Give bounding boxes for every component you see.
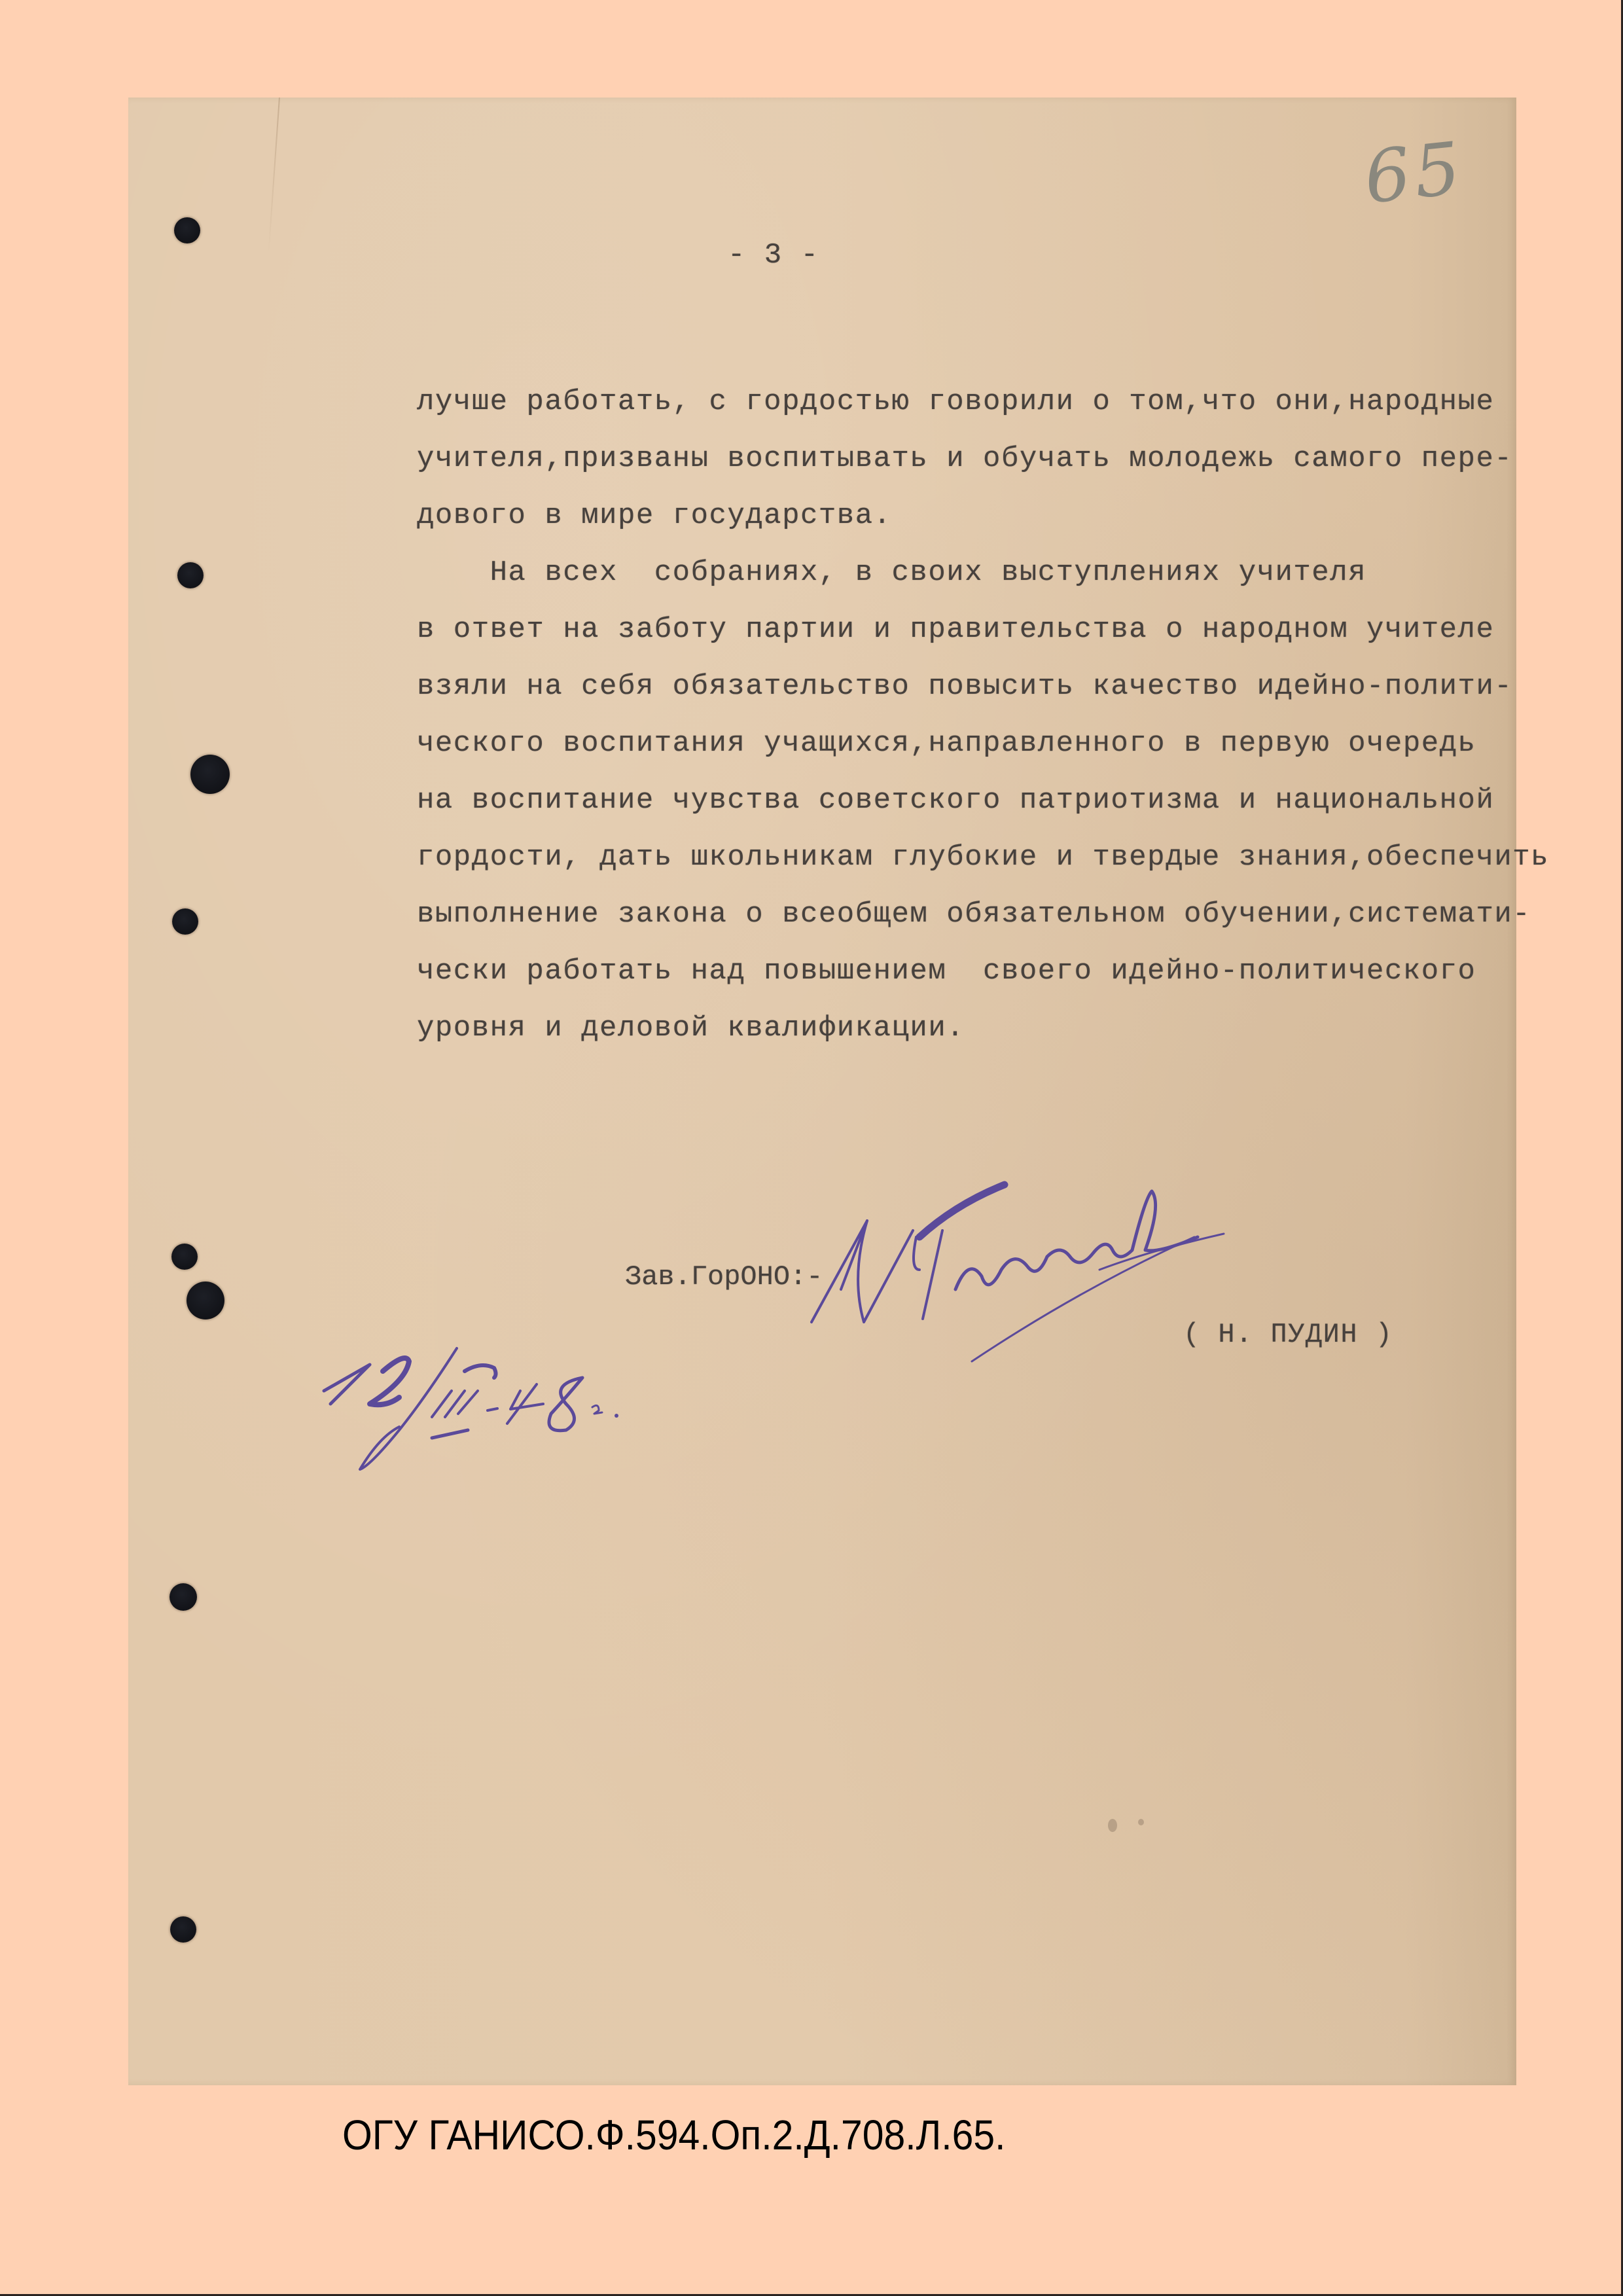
body-line: чески работать над повышением своего иде… <box>417 957 1476 986</box>
paper-speck <box>1108 1819 1117 1832</box>
body-line: дового в мире государства. <box>417 501 892 530</box>
binder-hole-icon <box>187 1282 224 1319</box>
paper-speck <box>1138 1819 1144 1825</box>
handwritten-date-icon <box>308 1325 648 1476</box>
archive-sheet-number: 65 <box>1361 126 1469 219</box>
body-line: лучше работать, с гордостью говорили о т… <box>417 387 1494 416</box>
body-line: в ответ на заботу партии и правительства… <box>417 615 1494 644</box>
body-line: гордости, дать школьникам глубокие и тве… <box>417 843 1549 872</box>
binder-hole-icon <box>171 1244 198 1270</box>
body-line: учителя,призваны воспитывать и обучать м… <box>417 444 1512 473</box>
signature-label: Зав.ГорОНО:- <box>625 1263 823 1291</box>
binder-hole-icon <box>170 1916 196 1943</box>
paper-crease <box>268 98 280 255</box>
body-line: На всех собраниях, в своих выступлениях … <box>417 558 1366 587</box>
binder-hole-icon <box>190 755 230 794</box>
binder-hole-icon <box>172 908 198 935</box>
body-line: выполнение закона о всеобщем обязательно… <box>417 900 1531 929</box>
page-number: - 3 - <box>728 241 819 270</box>
archive-citation: ОГУ ГАНИСО.Ф.594.Оп.2.Д.708.Л.65. <box>342 2111 1005 2159</box>
binder-hole-icon <box>169 1583 197 1611</box>
signatory-name: ( Н. ПУДИН ) <box>1183 1321 1393 1348</box>
body-line: ческого воспитания учащихся,направленног… <box>417 729 1476 758</box>
body-line: уровня и деловой квалификации. <box>417 1014 965 1043</box>
body-line: взяли на себя обязательство повысить кач… <box>417 672 1512 701</box>
body-line: на воспитание чувства советского патриот… <box>417 786 1494 815</box>
binder-hole-icon <box>174 217 200 243</box>
binder-hole-icon <box>177 562 204 588</box>
